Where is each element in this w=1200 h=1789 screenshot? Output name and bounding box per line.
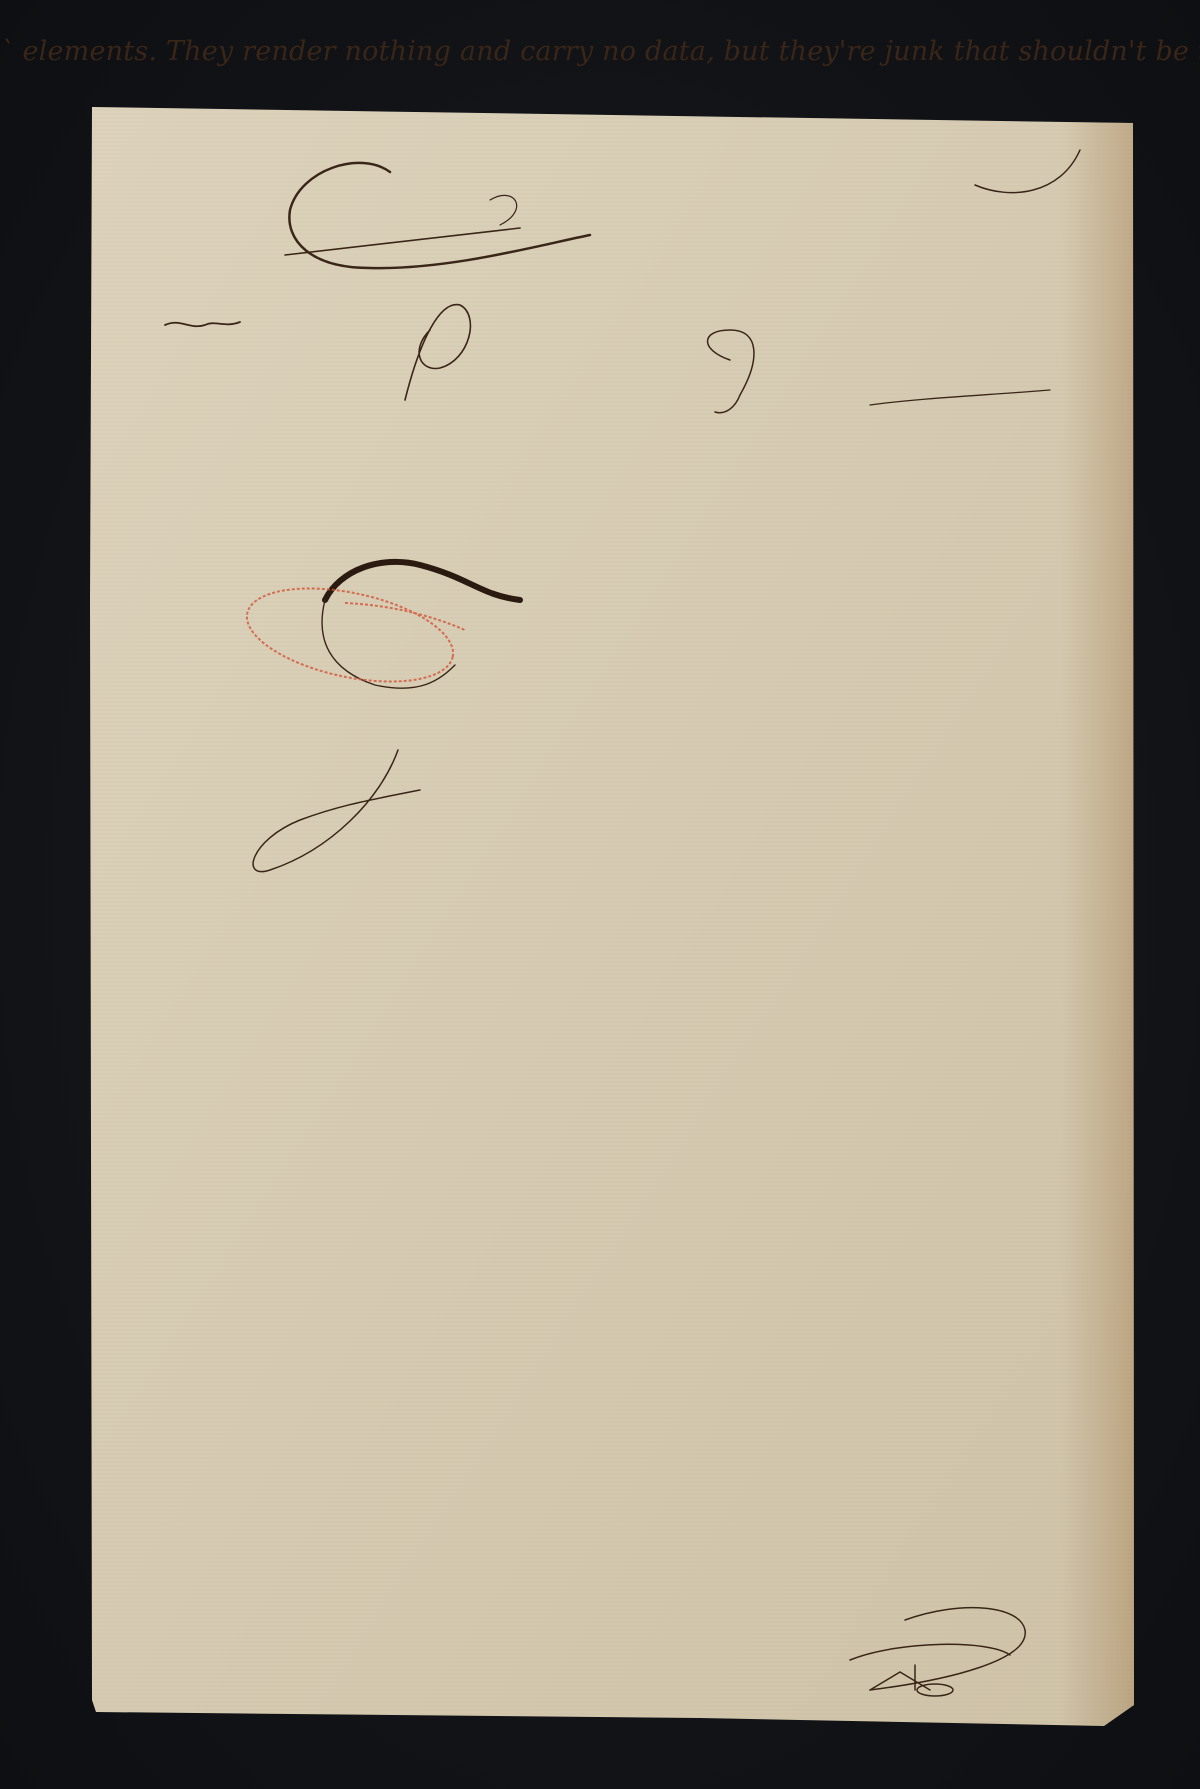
letter-sheet [0,0,1200,1789]
paper-shape [0,0,1200,1789]
